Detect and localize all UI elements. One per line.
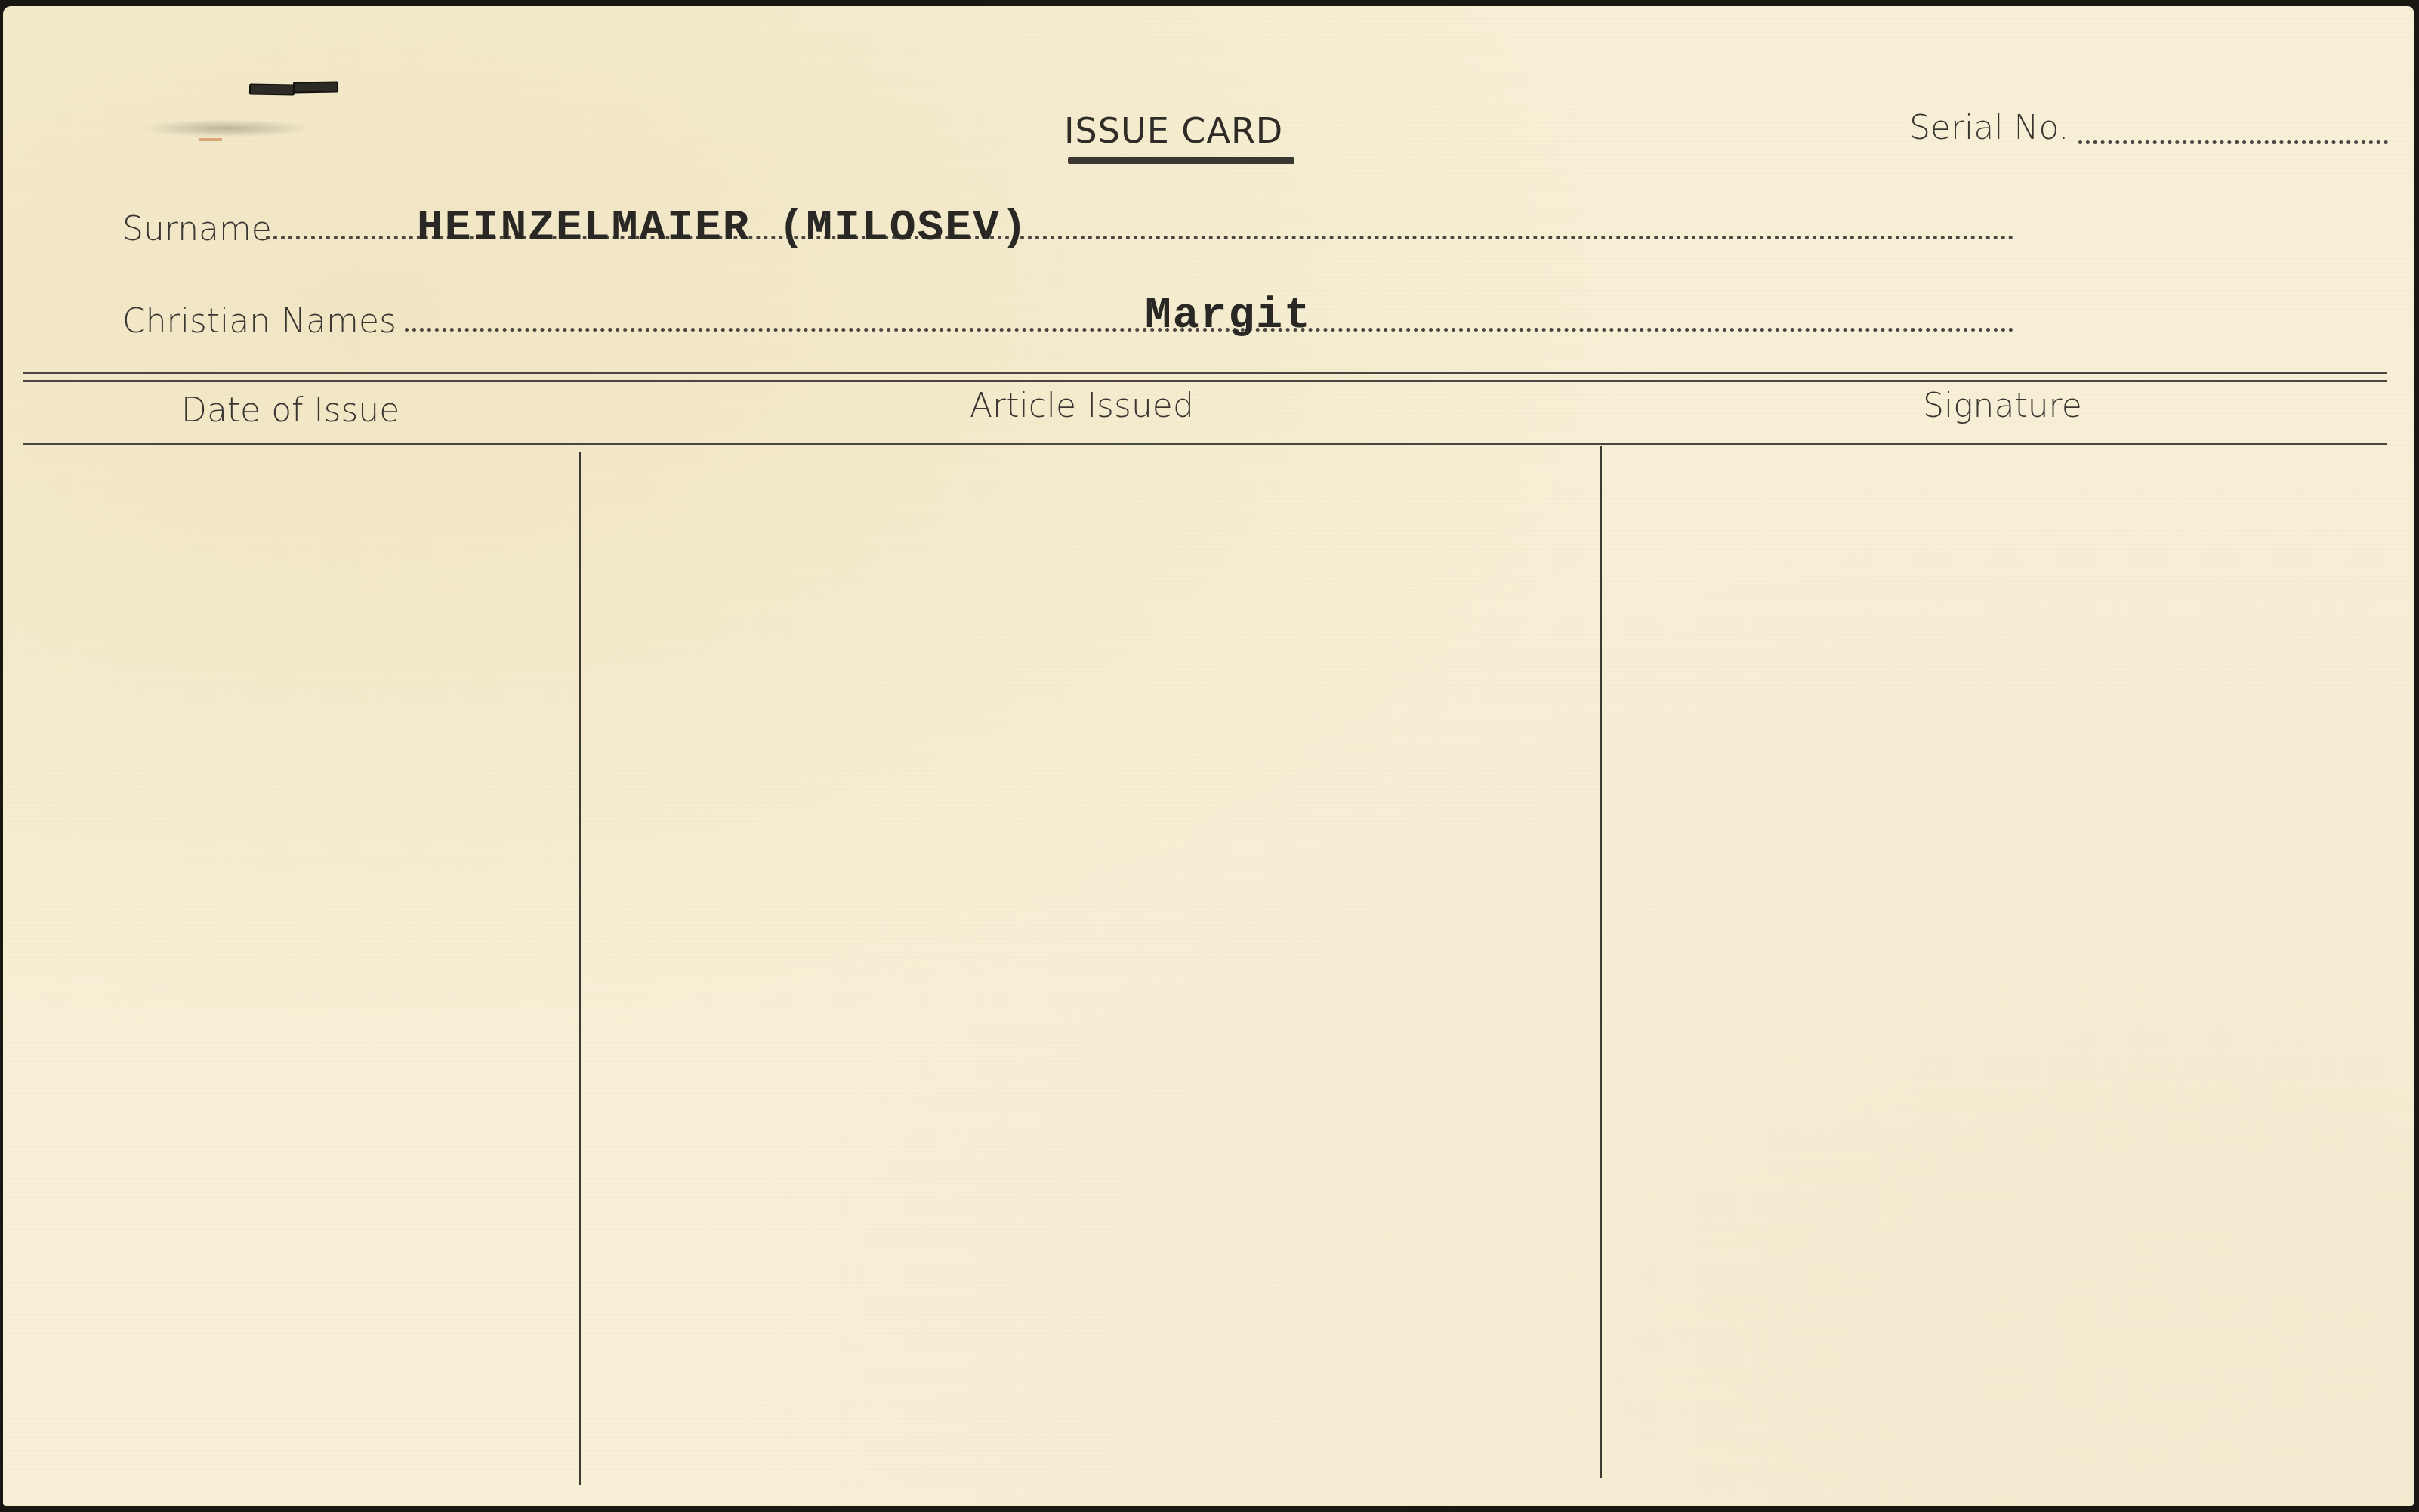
- surname-value[interactable]: HEINZELMAIER (MILOSEV): [417, 204, 1029, 253]
- title-underline: [1068, 157, 1294, 164]
- staple-icon: [293, 81, 338, 93]
- column-divider-1: [579, 452, 581, 1485]
- header-rule-bottom: [23, 443, 2387, 445]
- column-header-article-issued: Article Issued: [970, 387, 1194, 425]
- issue-card: ISSUE CARD Serial No. Surname HEINZELMAI…: [3, 6, 2414, 1506]
- column-header-date-of-issue: Date of Issue: [181, 391, 400, 430]
- ink-smudge: [139, 119, 313, 137]
- christian-names-value[interactable]: Margit: [1145, 292, 1312, 341]
- rust-mark: [199, 138, 222, 141]
- serial-label: Serial No.: [1909, 109, 2069, 147]
- serial-field[interactable]: [2078, 140, 2388, 144]
- staple-icon: [249, 83, 295, 95]
- article-issued-column[interactable]: [582, 446, 1598, 1488]
- signature-column[interactable]: [1603, 446, 2388, 1488]
- header-rule-second: [23, 380, 2387, 382]
- card-title: ISSUE CARD: [1064, 110, 1283, 151]
- date-of-issue-column[interactable]: [23, 446, 577, 1488]
- christian-names-label: Christian Names: [122, 302, 396, 341]
- header-rule-top: [23, 372, 2387, 374]
- column-divider-2: [1600, 446, 1602, 1478]
- surname-label: Surname: [122, 210, 272, 248]
- column-header-signature: Signature: [1923, 387, 2082, 425]
